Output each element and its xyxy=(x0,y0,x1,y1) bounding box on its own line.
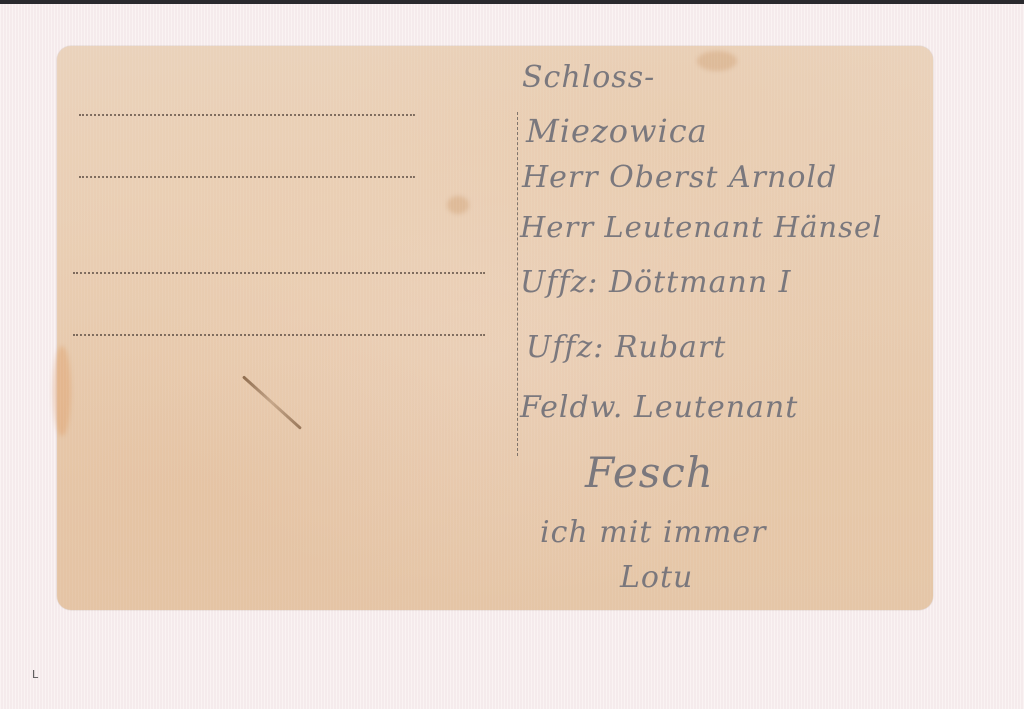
foxing-stain xyxy=(53,346,71,436)
message-line-2 xyxy=(79,176,415,178)
address-line-1: Schloss- xyxy=(522,60,655,95)
message-line-fesch: Fesch xyxy=(585,448,714,497)
address-line-2: Miezowica xyxy=(526,112,708,150)
foxing-stain xyxy=(447,196,469,214)
address-line-3: Herr Oberst Arnold xyxy=(522,160,837,195)
foxing-stain xyxy=(697,51,737,71)
address-line-7: Feldw. Leutenant xyxy=(520,390,798,425)
corner-mark: L xyxy=(32,668,38,681)
scanner-edge xyxy=(0,0,1024,4)
message-line-1 xyxy=(79,114,415,116)
address-line-6: Uffz: Rubart xyxy=(526,330,726,365)
postcard xyxy=(57,46,933,610)
address-line-5: Uffz: Döttmann I xyxy=(520,265,792,300)
address-line-4: Herr Leutenant Hänsel xyxy=(520,210,882,244)
signature: Lotu xyxy=(620,560,693,595)
message-line-2-text: ich mit immer xyxy=(540,515,766,550)
message-line-4 xyxy=(73,334,485,336)
message-line-3 xyxy=(73,272,485,274)
center-divider-line xyxy=(517,112,518,456)
